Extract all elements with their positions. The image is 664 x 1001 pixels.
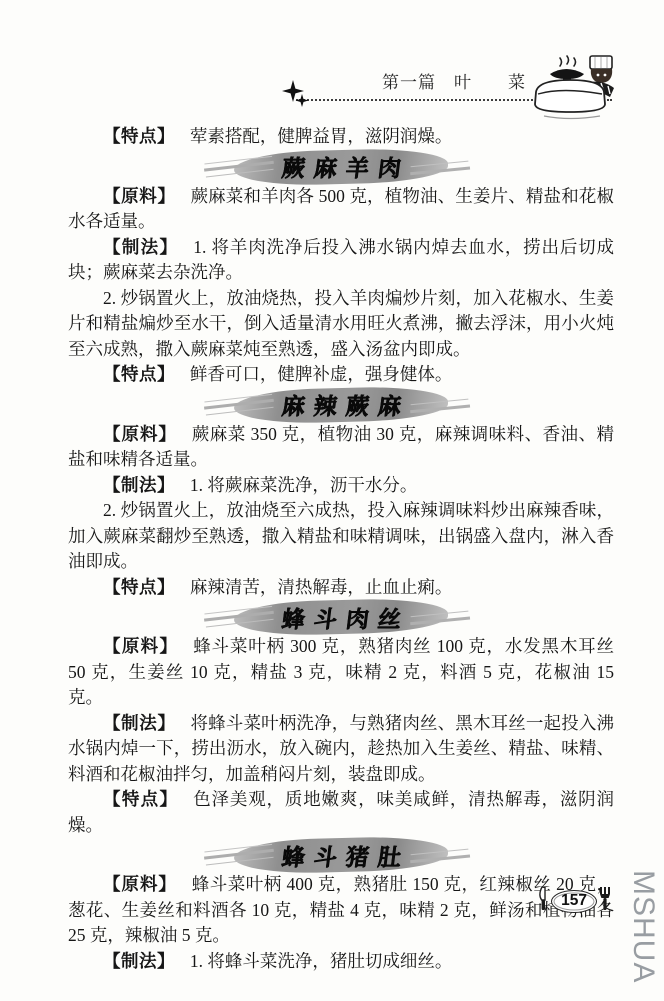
paragraph-label: 【原料】 [103,636,178,656]
paragraph-text: 麻辣清苦，清热解毒，止血止痢。 [190,577,453,597]
recipe-title-block: 蜂斗猪肚 [228,840,454,870]
star-icon [282,80,316,112]
knife-icon [537,886,550,917]
watermark: MSHUA [626,870,660,983]
recipe-title-block: 麻辣蕨麻 [228,390,454,420]
paragraph-text: 2. 炒锅置火上，放油烧至六成热，投入麻辣调味料炒出麻辣香味，加入蕨麻菜翻炒至熟… [68,500,614,571]
chapter-title: 第一篇 叶 菜 [382,73,526,92]
paragraph-label: 【特点】 [103,789,178,809]
feature-paragraph: 【特点】麻辣清苦，清热解毒，止血止痢。 [68,575,614,601]
paragraph-label: 【原料】 [103,424,177,444]
method-paragraph: 【制法】1. 将羊肉洗净后投入沸水锅内焯去血水，捞出后切成块；蕨麻菜去杂洗净。 [68,235,614,286]
recipe-title-block: 蕨麻羊肉 [228,152,454,182]
paragraph-label: 【特点】 [103,364,175,384]
recipe-title: 麻辣蕨麻 [270,388,411,421]
ingredients-paragraph: 【原料】蕨麻菜 350 克，植物油 30 克，麻辣调味料、香油、精盐和味精各适量… [68,422,614,473]
page-number: 157 [551,890,597,913]
chef-cooking-icon [526,52,630,129]
paragraph-label: 【制法】 [103,475,175,495]
recipe-section-juema-yangrou: 蕨麻羊肉 【原料】蕨麻菜和羊肉各 500 克，植物油、生姜片、精盐和花椒水各适量… [68,152,614,388]
paragraph-label: 【制法】 [103,713,176,733]
page-footer: 157 [537,886,612,917]
recipe-title-block: 蜂斗肉丝 [228,602,454,632]
recipe-section-fengdou-rousi: 蜂斗肉丝 【原料】蜂斗菜叶柄 300 克，熟猪肉丝 100 克，水发黑木耳丝 5… [68,602,614,838]
paragraph-text: 1. 将蕨麻菜洗净，沥干水分。 [190,475,418,495]
paragraph-label: 【原料】 [103,874,177,894]
method-paragraph: 【制法】1. 将蕨麻菜洗净，沥干水分。 [68,473,614,499]
method-step-paragraph: 2. 炒锅置火上，放油烧热，投入羊肉煸炒片刻，加入花椒水、生姜片和精盐煸炒至水干… [68,286,614,363]
paragraph-label: 【原料】 [103,186,176,206]
paragraph-text: 1. 将蜂斗菜洗净，猪肚切成细丝。 [190,951,453,971]
paragraph-label: 【制法】 [103,951,175,971]
chapter-header: 第一篇 叶 菜 [68,58,614,124]
page-content: 第一篇 叶 菜 [68,58,614,974]
method-paragraph: 【制法】将蜂斗菜叶柄洗净，与熟猪肉丝、黑木耳丝一起投入沸水锅内焯一下，捞出沥水，… [68,711,614,788]
recipe-title: 蕨麻羊肉 [270,150,411,183]
paragraph-text: 荤素搭配，健脾益胃，滋阴润燥。 [190,126,453,146]
fork-icon [598,886,612,917]
paragraph-text: 鲜香可口，健脾补虚，强身健体。 [190,364,453,384]
paragraph-label: 【制法】 [103,237,178,257]
ingredients-paragraph: 【原料】蕨麻菜和羊肉各 500 克，植物油、生姜片、精盐和花椒水各适量。 [68,184,614,235]
ingredients-paragraph: 【原料】蜂斗菜叶柄 300 克，熟猪肉丝 100 克，水发黑木耳丝 50 克，生… [68,634,614,711]
recipe-title: 蜂斗肉丝 [270,601,411,634]
paragraph-label: 【特点】 [103,577,175,597]
recipe-section-mala-juema: 麻辣蕨麻 【原料】蕨麻菜 350 克，植物油 30 克，麻辣调味料、香油、精盐和… [68,390,614,601]
method-step-paragraph: 2. 炒锅置火上，放油烧至六成热，投入麻辣调味料炒出麻辣香味，加入蕨麻菜翻炒至熟… [68,498,614,575]
book-page: 第一篇 叶 菜 [0,0,664,1001]
paragraph-text: 2. 炒锅置火上，放油烧热，投入羊肉煸炒片刻，加入花椒水、生姜片和精盐煸炒至水干… [68,288,614,359]
ingredients-paragraph: 【原料】蜂斗菜叶柄 400 克，熟猪肚 150 克，红辣椒丝 20 克，葱花、生… [68,872,614,949]
method-paragraph: 【制法】1. 将蜂斗菜洗净，猪肚切成细丝。 [68,949,614,975]
feature-paragraph: 【特点】鲜香可口，健脾补虚，强身健体。 [68,362,614,388]
recipe-title: 蜂斗猪肚 [270,839,411,872]
recipe-section-fengdou-zhudu: 蜂斗猪肚 【原料】蜂斗菜叶柄 400 克，熟猪肚 150 克，红辣椒丝 20 克… [68,840,614,974]
paragraph-label: 【特点】 [103,126,175,146]
feature-paragraph: 【特点】色泽美观，质地嫩爽，味美咸鲜，清热解毒，滋阴润燥。 [68,787,614,838]
